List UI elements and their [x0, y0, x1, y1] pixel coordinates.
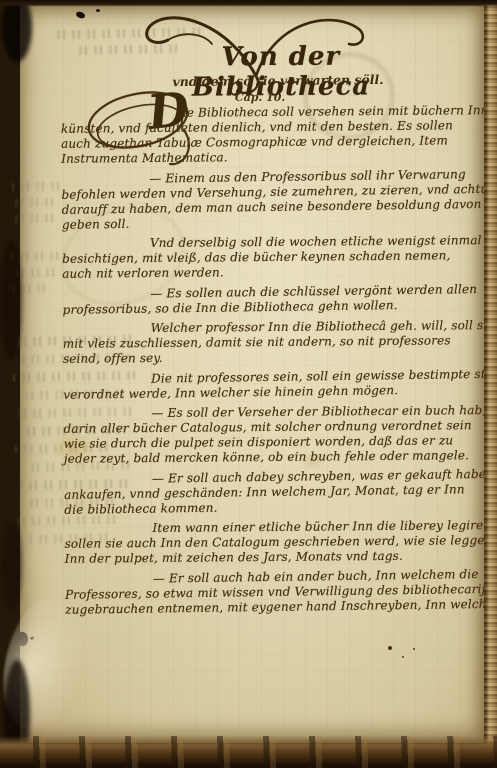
paragraph-4: — Es sollen auch die schlüssel vergönt w…: [62, 282, 466, 318]
manuscript-scan: D Von der Bibliotheca vnd dem so sie ver…: [0, 0, 497, 768]
paragraph-9: Item wann einer etliche bücher Inn die l…: [64, 518, 468, 567]
text-line: seind, offen sey.: [63, 348, 467, 367]
text-line: auch nit verloren werden.: [62, 263, 466, 282]
page-block-edge: [484, 0, 497, 768]
binding-edge: [0, 0, 36, 768]
manuscript-body: ie Bibliotheca soll versehen sein mit bü…: [61, 103, 469, 622]
speck-cluster: [388, 646, 392, 650]
text-line: jeder zeyt, bald mercken könne, ob ein b…: [64, 448, 468, 467]
paragraph-6: Die nit professores sein, soll ein gewis…: [63, 367, 467, 403]
text-line: Instrumenta Mathematica.: [61, 148, 465, 167]
paragraph-3: Vnd derselbig soll die wochen etliche we…: [62, 233, 466, 282]
ink-fleck: [96, 9, 100, 12]
paragraph-2: — Einem aus den Professoribus soll ihr V…: [61, 167, 466, 233]
paragraph-5: Welcher professor Inn die Bibliothecâ ge…: [63, 318, 467, 367]
paragraph-8: — Er soll auch dabey schreyben, was er g…: [64, 467, 469, 518]
paragraph-1: ie Bibliotheca soll versehen sein mit bü…: [61, 103, 466, 167]
book-top-edge: [0, 0, 497, 7]
page-subtitle: vnd dem so sie verwarten söll.: [158, 72, 398, 90]
book-bottom-edge: [0, 736, 497, 768]
paragraph-10: — Er soll auch hab ein ander buch, Inn w…: [65, 567, 470, 618]
text-line: Inn der pulpet, mit zeichen des Jars, Mo…: [65, 548, 469, 567]
chapter-heading: Cap. 10.: [200, 91, 320, 104]
paragraph-7: — Es soll der Verseher der Bibliothecar …: [63, 403, 468, 467]
